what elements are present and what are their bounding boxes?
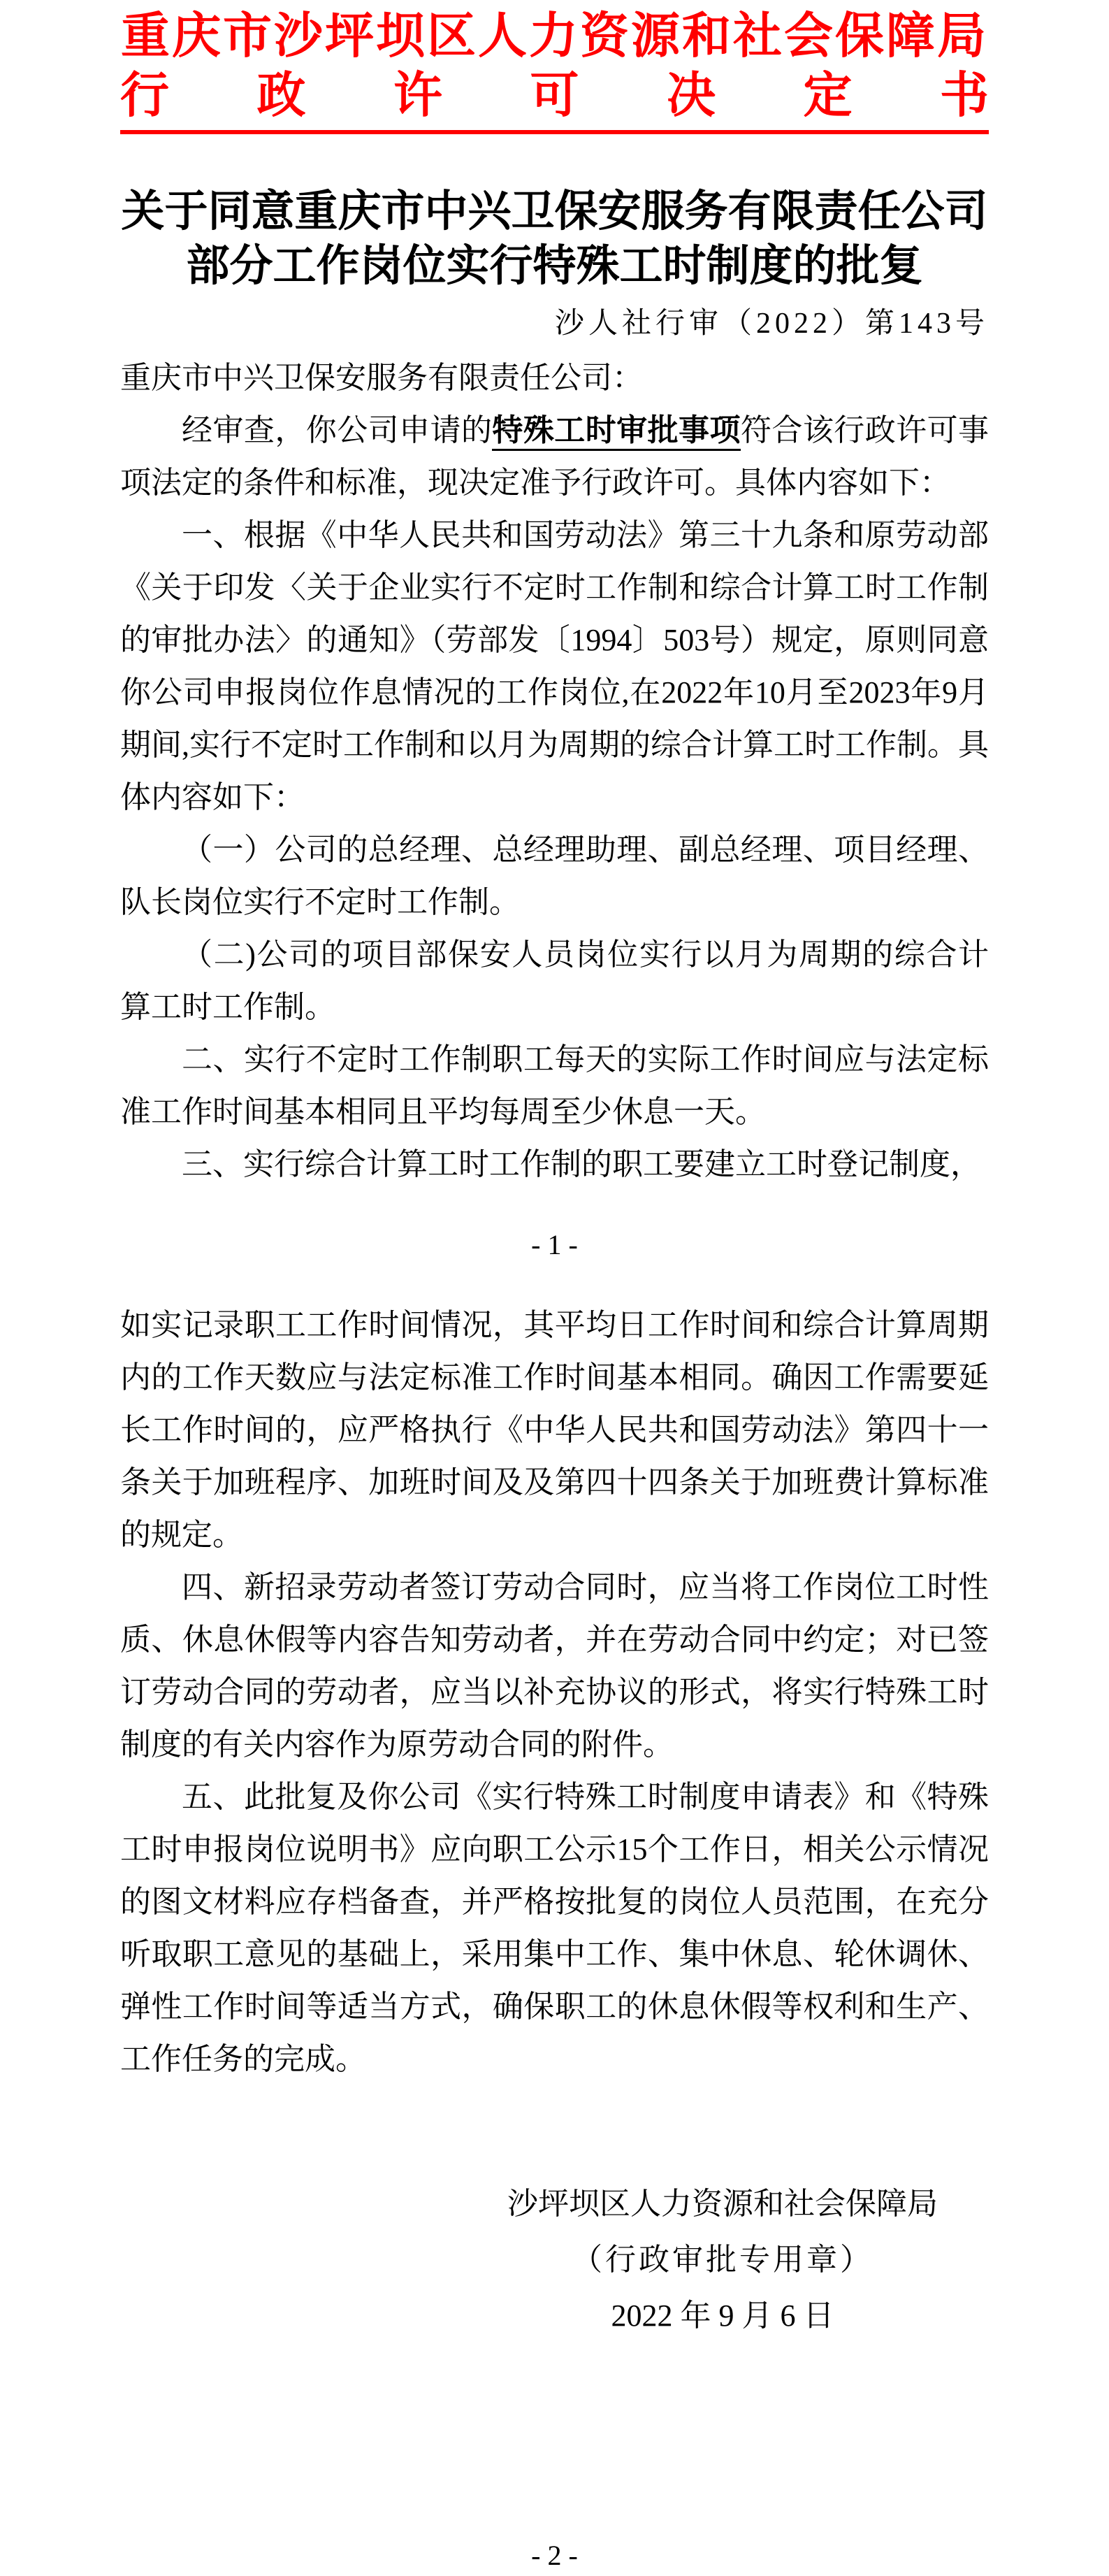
para-item-five: 五、此批复及你公司《实行特殊工时制度申请表》和《特殊工时申报岗位说明书》应向职工… <box>120 1771 989 2085</box>
document-page: 重庆市沙坪坝区人力资源和社会保障局 行 政 许 可 决 定 书 关于同意重庆市中… <box>0 0 1109 2576</box>
document-content: 重庆市沙坪坝区人力资源和社会保障局 行 政 许 可 决 定 书 关于同意重庆市中… <box>0 0 1109 2576</box>
doc-type-char: 许 <box>393 69 442 124</box>
page-1-marker: - 1 - <box>120 1218 989 1271</box>
para-approval-emphasis-underline: 特殊工时审批事项 <box>492 413 741 451</box>
signature-block: 沙坪坝区人力资源和社会保障局 （行政审批专用章） 2022 年 9 月 6 日 <box>502 2176 943 2344</box>
letterhead-doc-type-title: 行 政 许 可 决 定 书 <box>120 69 989 124</box>
letterhead-divider-rule <box>120 130 989 134</box>
doc-type-char: 决 <box>667 69 716 124</box>
para-item-two: 二、实行不定时工作制职工每天的实际工作时间应与法定标准工作时间基本相同且平均每周… <box>120 1033 989 1138</box>
letterhead-org-title: 重庆市沙坪坝区人力资源和社会保障局 <box>120 10 989 63</box>
signature-date: 2022 年 9 月 6 日 <box>611 2288 834 2344</box>
para-item-four: 四、新招录劳动者签订劳动合同时，应当将工作岗位工时性质、休息休假等内容告知劳动者… <box>120 1561 989 1771</box>
para-approval-prefix: 经审查，你公司申请的 <box>182 413 492 447</box>
doc-type-char: 定 <box>804 69 853 124</box>
para-item-one-sub2: （二)公司的项目部保安人员岗位实行以月为周期的综合计算工时工作制。 <box>120 928 989 1033</box>
para-item-three-page2: 如实记录职工工作时间情况，其平均日工作时间和综合计算周期内的工作天数应与法定标准… <box>120 1299 989 1561</box>
signature-org: 沙坪坝区人力资源和社会保障局 <box>507 2176 938 2232</box>
salutation: 重庆市中兴卫保安服务有限责任公司： <box>120 352 989 404</box>
para-item-three-page1: 三、实行综合计算工时工作制的职工要建立工时登记制度， <box>120 1138 989 1190</box>
document-title: 关于同意重庆市中兴卫保安服务有限责任公司 部分工作岗位实行特殊工时制度的批复 <box>120 185 989 294</box>
signature-stamp-note: （行政审批专用章） <box>572 2232 874 2288</box>
doc-type-char: 可 <box>530 69 579 124</box>
document-number: 沙人社行审（2022）第143号 <box>120 306 989 341</box>
page-2-marker: - 2 - <box>0 2540 1109 2572</box>
document-title-line2: 部分工作岗位实行特殊工时制度的批复 <box>120 239 989 294</box>
doc-type-char: 政 <box>257 69 306 124</box>
para-approval-statement: 经审查，你公司申请的特殊工时审批事项符合该行政许可事项法定的条件和标准，现决定准… <box>120 404 989 509</box>
doc-type-char: 书 <box>940 69 989 124</box>
document-body: 重庆市中兴卫保安服务有限责任公司： 经审查，你公司申请的特殊工时审批事项符合该行… <box>120 352 989 2085</box>
para-item-one-sub1: （一）公司的总经理、总经理助理、副总经理、项目经理、队长岗位实行不定时工作制。 <box>120 823 989 928</box>
para-item-one-legal-basis: 一、根据《中华人民共和国劳动法》第三十九条和原劳动部《关于印发〈关于企业实行不定… <box>120 509 989 823</box>
doc-type-char: 行 <box>120 69 169 124</box>
document-title-line1: 关于同意重庆市中兴卫保安服务有限责任公司 <box>120 185 989 239</box>
